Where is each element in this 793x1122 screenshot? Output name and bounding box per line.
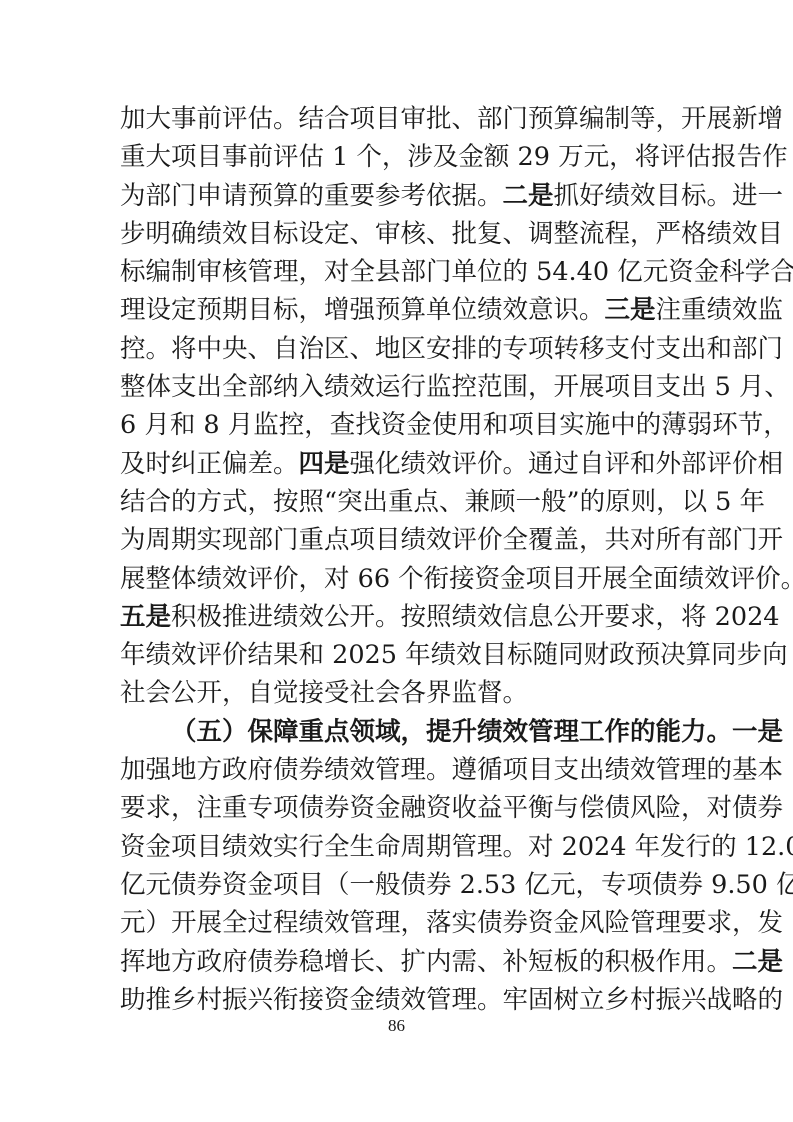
body-text: 社会公开，自觉接受社会各界监督。	[120, 678, 528, 708]
body-text: 挥地方政府债券稳增长、扩内需、补短板的积极作用。	[120, 947, 732, 977]
paragraph-line: 重大项目事前评估 1 个，涉及金额 29 万元，将评估报告作	[120, 138, 674, 176]
body-text: 整体支出全部纳入绩效运行监控范围，开展项目支出 5 月、	[120, 372, 790, 402]
paragraph-line: 展整体绩效评价，对 66 个衔接资金项目开展全面绩效评价。	[120, 560, 674, 598]
body-text: 步明确绩效目标设定、审核、批复、调整流程，严格绩效目	[120, 219, 783, 249]
body-text: 助推乡村振兴衔接资金绩效管理。牢固树立乡村振兴战略的	[120, 985, 783, 1015]
bold-text: 四是	[299, 449, 350, 479]
body-text: 积极推进绩效公开。按照绩效信息公开要求，将 2024	[171, 602, 780, 632]
body-text: 为周期实现部门重点项目绩效评价全覆盖，共对所有部门开	[120, 525, 783, 555]
bold-text: 三是	[605, 295, 656, 325]
paragraph-line: 为部门申请预算的重要参考依据。二是抓好绩效目标。进一	[120, 177, 674, 215]
body-text: 加强地方政府债券绩效管理。遵循项目支出绩效管理的基本	[120, 755, 783, 785]
paragraph-line: 加强地方政府债券绩效管理。遵循项目支出绩效管理的基本	[120, 751, 674, 789]
paragraph-line: 挥地方政府债券稳增长、扩内需、补短板的积极作用。二是	[120, 943, 674, 981]
body-text: 标编制审核管理，对全县部门单位的 54.40 亿元资金科学合	[120, 257, 793, 287]
body-text: 结合的方式，按照“突出重点、兼顾一般”的原则，以 5 年	[120, 487, 765, 517]
paragraph-line: 助推乡村振兴衔接资金绩效管理。牢固树立乡村振兴战略的	[120, 981, 674, 1019]
bold-text: （五）保障重点领域，提升绩效管理工作的能力。一是	[171, 717, 783, 747]
body-text: 加大事前评估。结合项目审批、部门预算编制等，开展新增	[120, 104, 783, 134]
body-text: 理设定预期目标，增强预算单位绩效意识。	[120, 295, 605, 325]
paragraph-line: 及时纠正偏差。四是强化绩效评价。通过自评和外部评价相	[120, 445, 674, 483]
bold-text: 二是	[732, 947, 783, 977]
body-text: 强化绩效评价。通过自评和外部评价相	[350, 449, 784, 479]
body-text: 元）开展全过程绩效管理，落实债券资金风险管理要求，发	[120, 908, 783, 938]
paragraph-line: 整体支出全部纳入绩效运行监控范围，开展项目支出 5 月、	[120, 368, 674, 406]
bold-text: 二是	[503, 181, 554, 211]
paragraph-line: 6 月和 8 月监控，查找资金使用和项目实施中的薄弱环节，	[120, 406, 674, 444]
paragraph-line: 要求，注重专项债券资金融资收益平衡与偿债风险，对债券	[120, 789, 674, 827]
paragraph-line: 亿元债券资金项目（一般债券 2.53 亿元，专项债券 9.50 亿	[120, 866, 674, 904]
paragraph-line: 控。将中央、自治区、地区安排的专项转移支付支出和部门	[120, 330, 674, 368]
body-text: 抓好绩效目标。进一	[554, 181, 784, 211]
body-text: 展整体绩效评价，对 66 个衔接资金项目开展全面绩效评价。	[120, 564, 793, 594]
body-text: 6 月和 8 月监控，查找资金使用和项目实施中的薄弱环节，	[120, 410, 789, 440]
body-text: 注重绩效监	[656, 295, 784, 325]
body-text: 及时纠正偏差。	[120, 449, 299, 479]
body-text: 为部门申请预算的重要参考依据。	[120, 181, 503, 211]
body-text: 亿元债券资金项目（一般债券 2.53 亿元，专项债券 9.50 亿	[120, 870, 793, 900]
paragraph-line: 结合的方式，按照“突出重点、兼顾一般”的原则，以 5 年	[120, 483, 674, 521]
paragraph-line: 为周期实现部门重点项目绩效评价全覆盖，共对所有部门开	[120, 521, 674, 559]
paragraph-line: 资金项目绩效实行全生命周期管理。对 2024 年发行的 12.03	[120, 828, 674, 866]
paragraph-line: 社会公开，自觉接受社会各界监督。	[120, 674, 674, 712]
bold-text: 五是	[120, 602, 171, 632]
paragraph-line: 步明确绩效目标设定、审核、批复、调整流程，严格绩效目	[120, 215, 674, 253]
body-text: 重大项目事前评估 1 个，涉及金额 29 万元，将评估报告作	[120, 142, 788, 172]
body-text: 要求，注重专项债券资金融资收益平衡与偿债风险，对债券	[120, 793, 783, 823]
paragraph-line: 元）开展全过程绩效管理，落实债券资金风险管理要求，发	[120, 904, 674, 942]
document-body: 加大事前评估。结合项目审批、部门预算编制等，开展新增重大项目事前评估 1 个，涉…	[120, 100, 674, 1019]
section-heading-line: （五）保障重点领域，提升绩效管理工作的能力。一是	[120, 713, 674, 751]
body-text: 资金项目绩效实行全生命周期管理。对 2024 年发行的 12.03	[120, 832, 793, 862]
body-text: 控。将中央、自治区、地区安排的专项转移支付支出和部门	[120, 334, 783, 364]
page-number: 86	[0, 1016, 793, 1036]
paragraph-line: 加大事前评估。结合项目审批、部门预算编制等，开展新增	[120, 100, 674, 138]
paragraph-line: 年绩效评价结果和 2025 年绩效目标随同财政预决算同步向	[120, 636, 674, 674]
paragraph-line: 标编制审核管理，对全县部门单位的 54.40 亿元资金科学合	[120, 253, 674, 291]
paragraph-line: 五是积极推进绩效公开。按照绩效信息公开要求，将 2024	[120, 598, 674, 636]
paragraph-line: 理设定预期目标，增强预算单位绩效意识。三是注重绩效监	[120, 291, 674, 329]
body-text: 年绩效评价结果和 2025 年绩效目标随同财政预决算同步向	[120, 640, 788, 670]
